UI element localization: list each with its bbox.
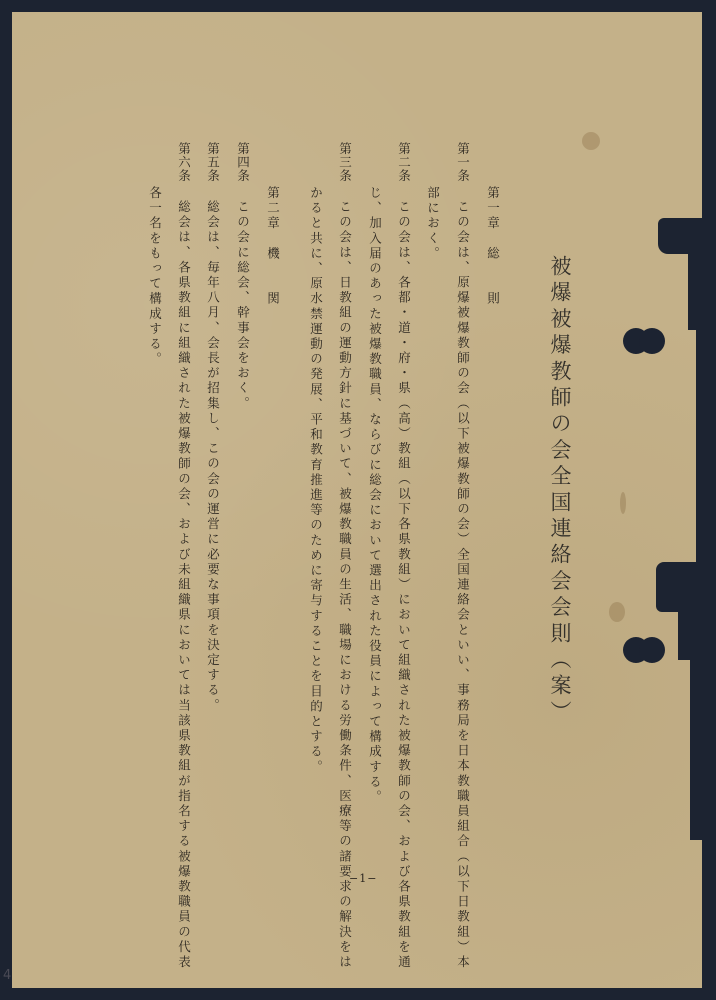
article-text: かると共に、原水禁運動の発展、平和教育推進等のために寄与することを目的とする。 (309, 186, 322, 775)
paper-stain (582, 132, 600, 150)
document-page (12, 12, 702, 988)
article-text: じ、加入届のあった被爆教職員、ならびに総会において選出された役員によって構成する… (368, 186, 381, 805)
torn-edge (688, 250, 708, 330)
paper-stain (609, 602, 625, 622)
torn-edge (678, 600, 708, 660)
torn-edge (696, 330, 708, 570)
torn-edge (690, 660, 708, 840)
article-label: 第五条 (206, 142, 219, 183)
document-title: 被爆被爆教師の会全国連絡会会則（案） (549, 255, 570, 727)
article-text: この会は、日教組の運動方針に基づいて、被爆教職員の生活、職場における労働条件、医… (338, 200, 351, 970)
article-text: この会は、原爆被爆教師の会（以下被爆教師の会）全国連絡会といい、事務局を日本教職… (456, 200, 469, 970)
torn-edge (658, 218, 708, 254)
article-text: この会に総会、幹事会をおく。 (236, 200, 249, 411)
binder-hole (639, 637, 665, 663)
article-text: 部におく。 (426, 186, 439, 262)
binder-hole (639, 328, 665, 354)
article-text: 総会は、毎年八月、会長が招集し、この会の運営に必要な事項を決定する。 (206, 200, 219, 713)
article-text: 各一名をもって構成する。 (148, 186, 161, 367)
corner-mark: 4 (3, 968, 11, 983)
article-label: 第六条 (177, 142, 190, 183)
article-label: 第一条 (456, 142, 469, 183)
chapter-heading: 第一章 総 則 (486, 186, 499, 307)
chapter-heading: 第二章 機 関 (266, 186, 279, 307)
article-text: 総会は、各県教組に組織された被爆教師の会、および未組織県においては当該県教組が指… (177, 200, 190, 970)
article-label: 第四条 (236, 142, 249, 183)
article-label: 第三条 (338, 142, 351, 183)
page-number: −1− (349, 872, 377, 885)
article-text: この会は、各都・道・府・県（高）教組（以下各県教組）において組織された被爆教師の… (397, 200, 410, 970)
article-label: 第二条 (397, 142, 410, 183)
paper-stain (620, 492, 626, 514)
